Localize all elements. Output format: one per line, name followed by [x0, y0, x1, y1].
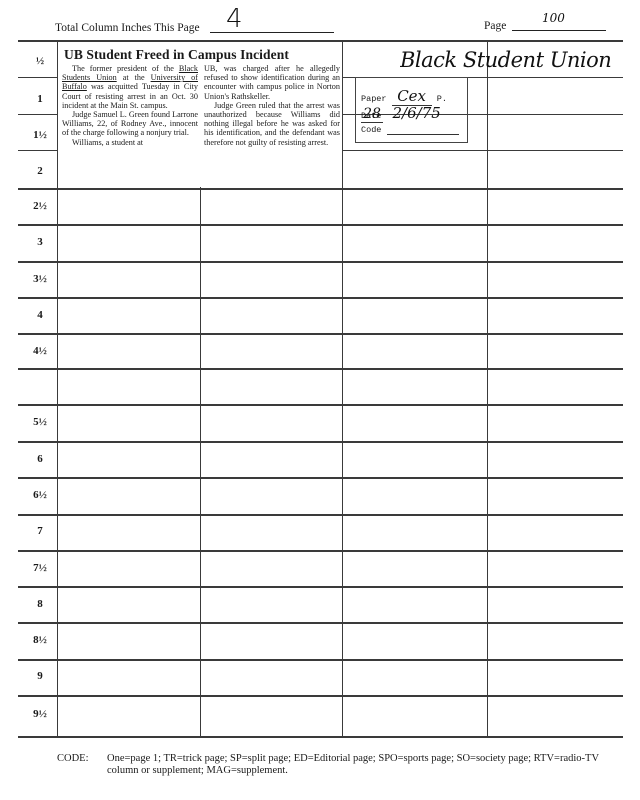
- row-inch-label: 3½: [22, 273, 58, 285]
- row-inch-label: 8½: [22, 634, 58, 646]
- row-inch-label: 9½: [22, 708, 58, 720]
- clipping-column-1: The former president of the Black Studen…: [62, 64, 198, 147]
- row-inch-label: 1: [22, 93, 58, 105]
- code-value-field[interactable]: [387, 125, 459, 135]
- code-label: Code: [361, 125, 381, 135]
- grid-row-line: [18, 297, 623, 299]
- row-inch-label: 1½: [22, 129, 58, 141]
- grid-row-line: [18, 188, 623, 190]
- row-inch-label: 4: [22, 309, 58, 321]
- grid-row-line: [18, 622, 623, 624]
- date-label: Date: [361, 111, 381, 121]
- row-inch-label: 2½: [22, 200, 58, 212]
- clipping-column-2: UB, was charged after he allegedly refus…: [204, 64, 340, 147]
- grid-row-line: [18, 224, 623, 226]
- row-inch-label: 4½: [22, 345, 58, 357]
- code-legend-label: CODE:: [57, 753, 89, 764]
- grid-row-line: [18, 333, 623, 335]
- grid-column-line: [57, 40, 58, 736]
- row-inch-label: 2: [22, 165, 58, 177]
- source-stamp: Paper Cex P. 28 Date 2/6/75 Code: [355, 77, 468, 143]
- grid-row-line: [18, 695, 623, 697]
- subject-heading: Black Student Union: [400, 48, 622, 72]
- grid-row-line: [18, 477, 623, 479]
- clipping-paragraph: Williams, a student at: [62, 138, 198, 147]
- code-legend-text: One=page 1; TR=trick page; SP=split page…: [107, 753, 627, 777]
- row-inch-label: 7: [22, 525, 58, 537]
- total-column-inches-label: Total Column Inches This Page: [55, 22, 200, 34]
- grid-row-line: [18, 441, 623, 443]
- row-inch-label: 6½: [22, 489, 58, 501]
- page-label: Page: [484, 20, 506, 32]
- page-number-field[interactable]: 100: [512, 13, 606, 31]
- row-inch-label: 3: [22, 236, 58, 248]
- grid-row-line: [18, 261, 623, 263]
- clipping-headline: UB Student Freed in Campus Incident: [64, 47, 289, 63]
- grid-column-line: [342, 40, 343, 736]
- page-ref-label: P.: [437, 94, 447, 104]
- grid-row-line: [342, 150, 623, 151]
- row-inch-label: 7½: [22, 562, 58, 574]
- row-inch-label: 6: [22, 453, 58, 465]
- paper-label: Paper: [361, 94, 387, 104]
- total-column-inches-value: 4: [226, 4, 243, 34]
- grid-column-line: [200, 187, 201, 736]
- newspaper-clipping: UB Student Freed in Campus Incident The …: [60, 42, 342, 187]
- date-value[interactable]: 2/6/75: [393, 104, 441, 122]
- clipping-paragraph: UB, was charged after he allegedly refus…: [204, 64, 340, 101]
- grid-row-line: [18, 736, 623, 738]
- grid-row-line: [18, 114, 57, 115]
- clipping-paragraph: Judge Green ruled that the arrest was un…: [204, 101, 340, 147]
- grid-row-line: [18, 77, 57, 78]
- clipping-paragraph: Judge Samuel L. Green found Larrone Will…: [62, 110, 198, 138]
- grid-row-line: [18, 514, 623, 516]
- clipping-text: at the: [117, 73, 151, 82]
- row-inch-label: 5½: [22, 416, 58, 428]
- clipping-text: The former president of the: [72, 64, 179, 73]
- row-inch-label: 8: [22, 598, 58, 610]
- grid-row-line: [18, 586, 623, 588]
- grid-column-line: [487, 40, 488, 736]
- grid-row-line: [18, 150, 57, 151]
- page-number-value: 100: [542, 11, 565, 25]
- grid-row-line: [18, 404, 623, 406]
- row-inch-label: ½: [22, 55, 58, 67]
- grid-row-line: [18, 368, 623, 370]
- row-inch-label: 9: [22, 670, 58, 682]
- grid-row-line: [18, 659, 623, 661]
- grid-row-line: [18, 550, 623, 552]
- total-column-inches-field[interactable]: 4: [210, 8, 334, 33]
